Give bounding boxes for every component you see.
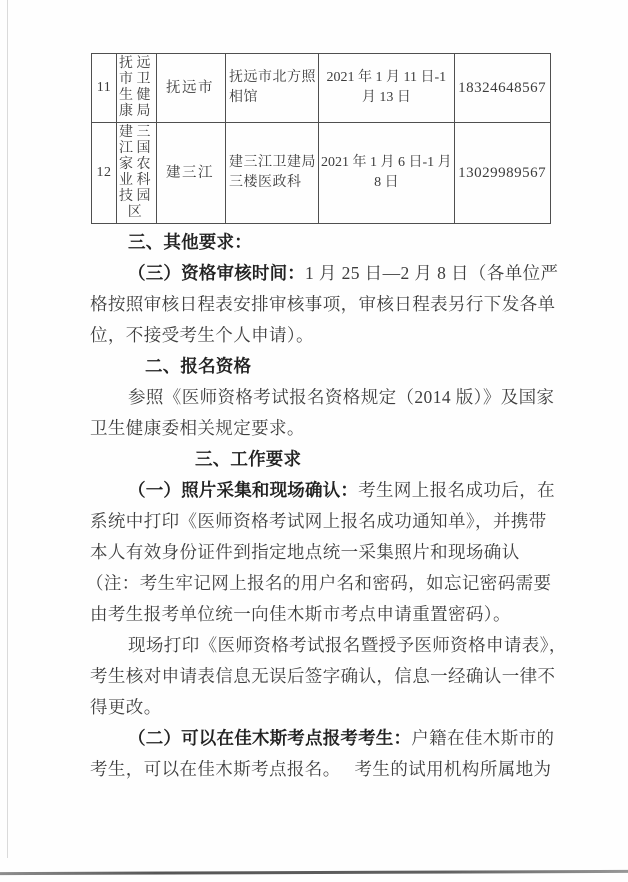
text-line: 本人有效身份证件到指定地点统一采集照片和现场确认 [90,537,570,568]
location-cell: 抚远市北方照 相馆 [226,54,319,123]
bold-label: 二、报名资格 [145,356,251,376]
registration-table: 11抚远 市卫 生健 康局抚远市抚远市北方照 相馆2021 年 1 月 11 日… [91,53,551,224]
text-line: （注：考生牢记网上报名的用户名和密码，如忘记密码需要 [86,568,570,599]
line-text: 卫生健康委相关规定要求。 [90,418,305,438]
text-line: 得更改。 [90,692,570,723]
scan-edge-left [7,0,8,858]
table-row: 11抚远 市卫 生健 康局抚远市抚远市北方照 相馆2021 年 1 月 11 日… [92,54,551,123]
location-cell: 建三江卫建局 三楼医政科 [226,123,319,224]
text-line: （三）资格审核时间：1 月 25 日—2 月 8 日（各单位严 [128,258,570,289]
bold-label: （三）资格审核时间： [128,263,305,283]
line-text: 得更改。 [90,697,162,717]
city-cell: 建三江 [157,123,226,224]
bold-label: 三、其他要求： [128,232,252,252]
line-text: （注：考生牢记网上报名的用户名和密码，如忘记密码需要 [86,573,551,593]
text-line: 考生，可以在佳木斯考点报名。 考生的试用机构所属地为 [90,754,570,785]
text-line: （二）可以在佳木斯考点报考考生：户籍在佳木斯市的 [128,723,570,754]
table-body: 11抚远 市卫 生健 康局抚远市抚远市北方照 相馆2021 年 1 月 11 日… [92,54,551,224]
line-text: 现场打印《医师资格考试报名暨授予医师资格申请表》， [128,635,567,655]
line-text: 考生核对申请表信息无误后签字确认，信息一经确认一律不 [90,666,555,686]
table-row: 12建三 江国 家农 业科 技园 区建三江建三江卫建局 三楼医政科2021 年 … [92,123,551,224]
section-heading: 三、其他要求： [128,227,570,258]
line-text: 考生网上报名成功后，在 [358,480,555,500]
line-text: 本人有效身份证件到指定地点统一采集照片和现场确认 [90,542,520,562]
text-line: 考生核对申请表信息无误后签字确认，信息一经确认一律不 [90,661,570,692]
section-heading: 二、报名资格 [145,351,570,382]
num-cell: 11 [92,54,117,123]
unit-cell: 抚远 市卫 生健 康局 [117,54,157,123]
line-text: 系统中打印《医师资格考试网上报名成功通知单》，并携带 [90,511,547,531]
text-line: 位，不接受考生个人申请）。 [90,320,570,351]
text-line: 格按照审核日程表安排审核事项，审核日程表另行下发各单 [90,289,570,320]
line-text: 参照《医师资格考试报名资格规定（2014 版）》及国家 [128,387,554,407]
date-cell: 2021 年 1 月 11 日-1 月 13 日 [319,54,455,123]
line-text: 1 月 25 日—2 月 8 日（各单位严 [305,263,558,283]
text-line: （一）照片采集和现场确认：考生网上报名成功后，在 [128,475,570,506]
line-text: 户籍在佳木斯市的 [411,728,554,748]
num-cell: 12 [92,123,117,224]
city-cell: 抚远市 [157,54,226,123]
date-cell: 2021 年 1 月 6 日-1 月 8 日 [319,123,455,224]
text-line: 参照《医师资格考试报名资格规定（2014 版）》及国家 [128,382,570,413]
phone-cell: 13029989567 [454,123,550,224]
section-heading: 三、工作要求 [195,444,570,475]
text-line: 现场打印《医师资格考试报名暨授予医师资格申请表》， [128,630,570,661]
bold-label: （一）照片采集和现场确认： [128,480,358,500]
line-text: 由考生报考单位统一向佳木斯市考点申请重置密码）。 [90,604,511,624]
unit-cell: 建三 江国 家农 业科 技园 区 [117,123,157,224]
body-text: 三、其他要求：（三）资格审核时间：1 月 25 日—2 月 8 日（各单位严格按… [90,227,570,785]
phone-cell: 18324648567 [454,54,550,123]
line-text: 位，不接受考生个人申请）。 [90,325,314,345]
text-line: 由考生报考单位统一向佳木斯市考点申请重置密码）。 [90,599,570,630]
text-line: 卫生健康委相关规定要求。 [90,413,570,444]
bold-label: 三、工作要求 [195,449,301,469]
bold-label: （二）可以在佳木斯考点报考考生： [128,728,411,748]
scan-shadow-bottom [0,870,628,875]
line-text: 格按照审核日程表安排审核事项，审核日程表另行下发各单 [90,294,555,314]
line-text: 考生，可以在佳木斯考点报名。 考生的试用机构所属地为 [90,759,551,779]
document-page: 11抚远 市卫 生健 康局抚远市抚远市北方照 相馆2021 年 1 月 11 日… [0,0,628,882]
text-line: 系统中打印《医师资格考试网上报名成功通知单》，并携带 [90,506,570,537]
